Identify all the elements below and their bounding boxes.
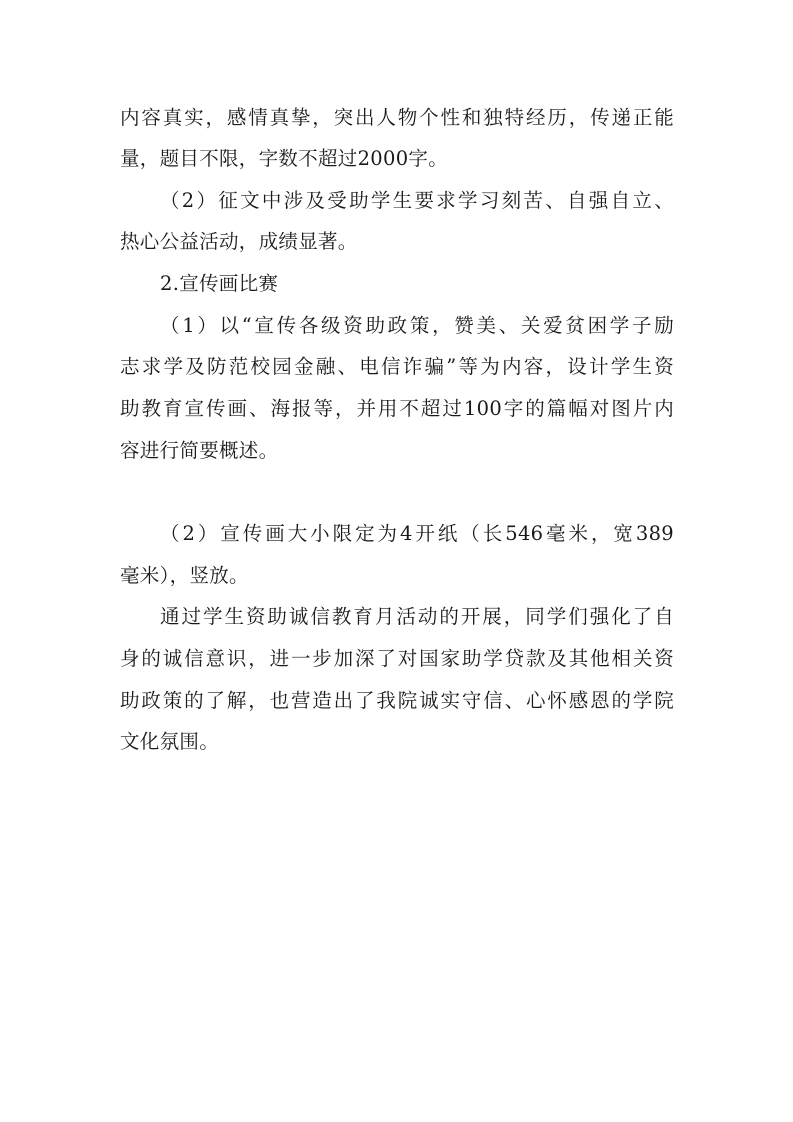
conclusion-line-3: 助政策的了解，也营造出了我院诚实守信、心怀感恩的学院	[120, 686, 674, 716]
essay-item-2-line-2: 热心公益活动，成绩显著。	[120, 227, 674, 257]
essay-item-2-line-1: （2）征文中涉及受助学生要求学习刻苦、自强自立、	[160, 186, 674, 216]
document-page: 内容真实，感情真挚，突出人物个性和独特经历，传递正能 量，题目不限，字数不超过2…	[0, 0, 793, 1122]
poster-item-2-line-2: 毫米），竖放。	[120, 561, 674, 591]
poster-item-1-line-3: 助教育宣传画、海报等，并用不超过100字的篇幅对图片内	[120, 394, 674, 424]
poster-item-1-line-2: 志求学及防范校园金融、电信诈骗”等为内容，设计学生资	[120, 352, 674, 382]
essay-requirement-line-1: 内容真实，感情真挚，突出人物个性和独特经历，传递正能	[120, 103, 674, 133]
poster-item-2-line-1: （2）宣传画大小限定为4开纸（长546毫米，宽389	[160, 519, 674, 549]
conclusion-line-4: 文化氛围。	[120, 727, 674, 757]
poster-item-1-line-4: 容进行简要概述。	[120, 436, 674, 466]
essay-requirement-line-2: 量，题目不限，字数不超过2000字。	[120, 144, 674, 174]
poster-item-1-line-1: （1）以“宣传各级资助政策，赞美、关爱贫困学子励	[160, 311, 674, 341]
conclusion-line-2: 身的诚信意识，进一步加深了对国家助学贷款及其他相关资	[120, 644, 674, 674]
poster-contest-heading: 2.宣传画比赛	[160, 269, 674, 299]
conclusion-line-1: 通过学生资助诚信教育月活动的开展，同学们强化了自	[160, 602, 674, 632]
